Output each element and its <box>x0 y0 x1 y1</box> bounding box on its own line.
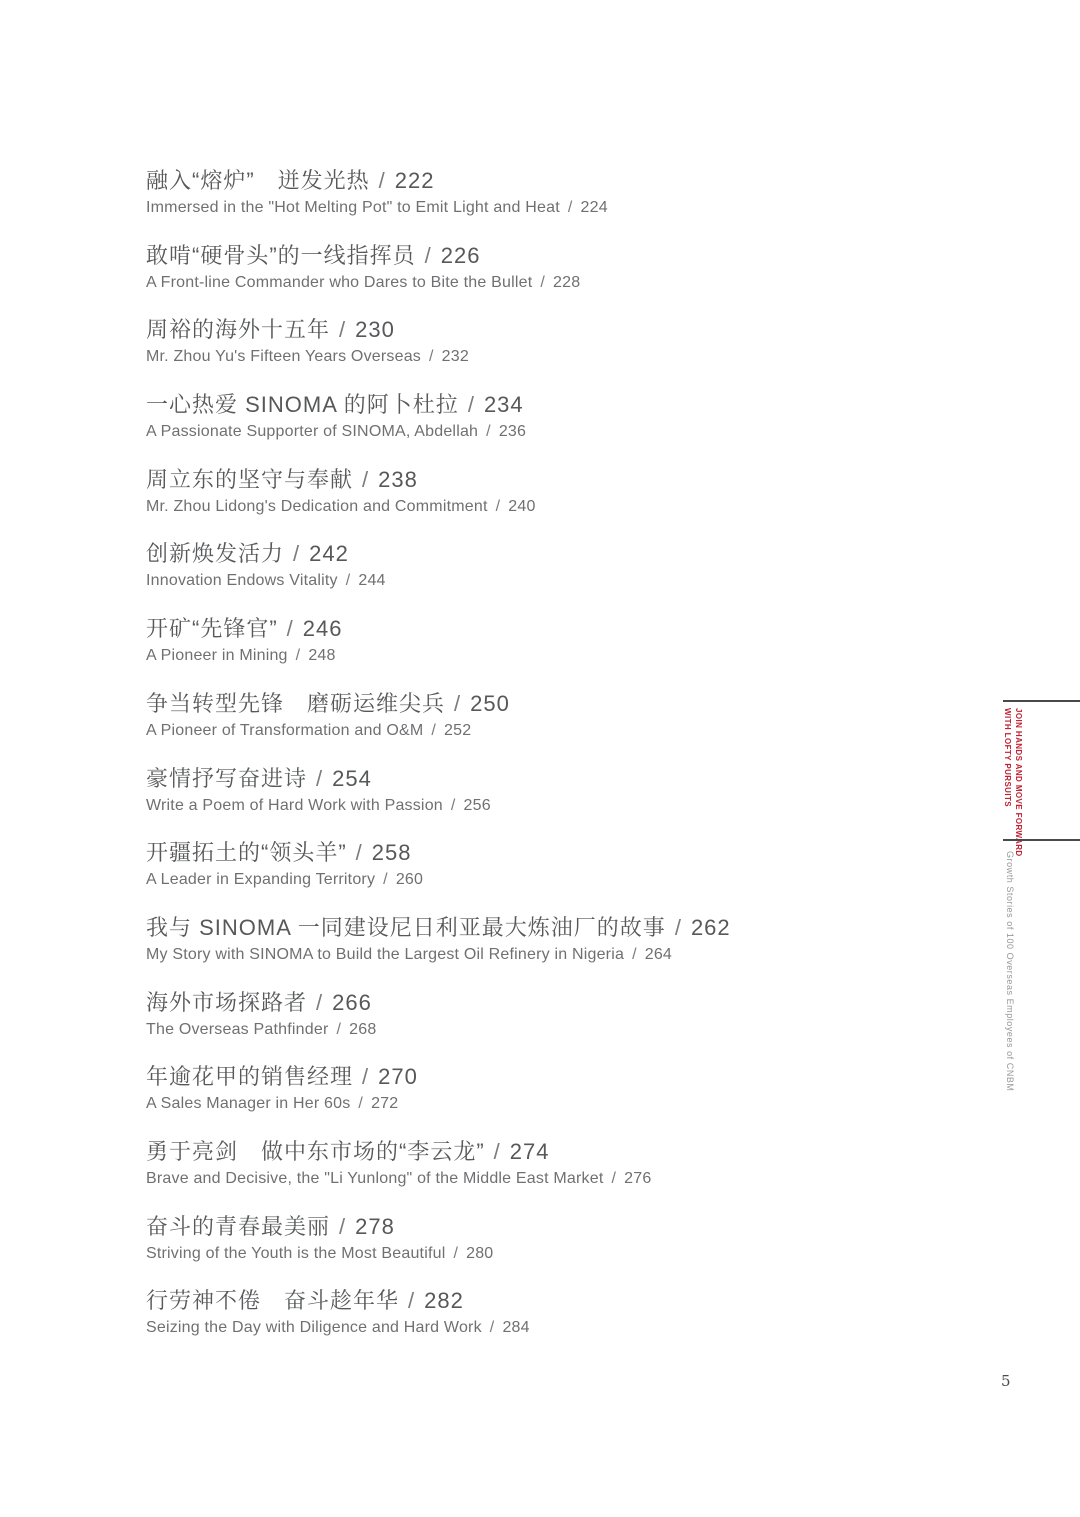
toc-entry-en-page: 252 <box>444 722 471 739</box>
table-of-contents: 融入“熔炉” 迸发光热/222 Immersed in the "Hot Mel… <box>146 166 866 1361</box>
toc-entry-zh-page: 266 <box>332 990 372 1015</box>
toc-entry-zh-title: 融入“熔炉” 迸发光热 <box>146 168 370 193</box>
sidebar-divider-top <box>1003 700 1080 702</box>
toc-separator: / <box>336 1021 341 1038</box>
toc-entry-zh-line: 融入“熔炉” 迸发光热/222 <box>146 166 866 196</box>
toc-entry-en-page: 228 <box>553 274 580 291</box>
toc-entry-en-title: Immersed in the "Hot Melting Pot" to Emi… <box>146 199 560 216</box>
toc-entry-zh-title: 行劳神不倦 奋斗趁年华 <box>146 1288 399 1313</box>
toc-separator: / <box>632 946 637 963</box>
toc-entry-zh-line: 我与 SINOMA 一同建设尼日利亚最大炼油厂的故事/262 <box>146 913 866 943</box>
toc-entry-en-title: Seizing the Day with Diligence and Hard … <box>146 1319 482 1336</box>
toc-entry-en-title: Mr. Zhou Yu's Fifteen Years Overseas <box>146 348 421 365</box>
toc-entry-en-line: My Story with SINOMA to Build the Larges… <box>146 943 866 967</box>
toc-separator: / <box>346 572 351 589</box>
toc-separator: / <box>612 1170 617 1187</box>
toc-separator: / <box>429 348 434 365</box>
toc-entry-en-title: My Story with SINOMA to Build the Larges… <box>146 946 624 963</box>
toc-entry-en-page: 244 <box>358 572 385 589</box>
toc-entry: 开矿“先锋官”/246 A Pioneer in Mining/248 <box>146 614 866 668</box>
toc-entry-zh-page: 222 <box>395 168 435 193</box>
toc-entry-en-page: 240 <box>508 498 535 515</box>
toc-entry-en-line: The Overseas Pathfinder/268 <box>146 1018 866 1042</box>
toc-entry-zh-line: 开矿“先锋官”/246 <box>146 614 866 644</box>
toc-entry-zh-title: 勇于亮剑 做中东市场的“李云龙” <box>146 1139 485 1164</box>
toc-separator: / <box>362 467 369 492</box>
toc-entry-zh-page: 270 <box>378 1064 418 1089</box>
toc-separator: / <box>287 616 294 641</box>
toc-entry-zh-page: 254 <box>332 766 372 791</box>
toc-entry-zh-page: 226 <box>441 243 481 268</box>
vertical-slogan-line2: WITH LOFTY PURSUITS <box>1002 708 1013 834</box>
toc-entry-en-page: 224 <box>581 199 608 216</box>
toc-entry-zh-page: 250 <box>470 691 510 716</box>
toc-entry-zh-title: 创新焕发活力 <box>146 541 284 566</box>
toc-entry-en-page: 260 <box>396 871 423 888</box>
toc-entry-zh-line: 勇于亮剑 做中东市场的“李云龙”/274 <box>146 1137 866 1167</box>
toc-entry-en-line: Innovation Endows Vitality/244 <box>146 569 866 593</box>
toc-entry-en-title: A Passionate Supporter of SINOMA, Abdell… <box>146 423 478 440</box>
toc-entry: 开疆拓土的“领头羊”/258 A Leader in Expanding Ter… <box>146 838 866 892</box>
toc-separator: / <box>468 392 475 417</box>
toc-separator: / <box>316 766 323 791</box>
toc-entry-en-page: 268 <box>349 1021 376 1038</box>
toc-separator: / <box>293 541 300 566</box>
toc-entry-zh-line: 奋斗的青春最美丽/278 <box>146 1212 866 1242</box>
toc-entry-zh-title: 豪情抒写奋进诗 <box>146 766 307 791</box>
toc-entry-en-title: Mr. Zhou Lidong's Dedication and Commitm… <box>146 498 488 515</box>
toc-separator: / <box>675 915 682 940</box>
toc-entry: 周立东的坚守与奉献/238 Mr. Zhou Lidong's Dedicati… <box>146 465 866 519</box>
toc-entry-en-line: Write a Poem of Hard Work with Passion/2… <box>146 794 866 818</box>
toc-entry-en-title: Write a Poem of Hard Work with Passion <box>146 797 443 814</box>
toc-entry-zh-title: 一心热爱 SINOMA 的阿卜杜拉 <box>146 392 459 417</box>
toc-entry-zh-line: 周立东的坚守与奉献/238 <box>146 465 866 495</box>
toc-entry-zh-line: 豪情抒写奋进诗/254 <box>146 764 866 794</box>
toc-separator: / <box>296 647 301 664</box>
toc-entry-en-title: Innovation Endows Vitality <box>146 572 338 589</box>
toc-entry-zh-title: 周立东的坚守与奉献 <box>146 467 353 492</box>
toc-entry-zh-title: 开疆拓土的“领头羊” <box>146 840 347 865</box>
toc-entry-en-line: A Sales Manager in Her 60s/272 <box>146 1092 866 1116</box>
toc-entry-en-page: 248 <box>308 647 335 664</box>
toc-entry-en-title: Brave and Decisive, the "Li Yunlong" of … <box>146 1170 604 1187</box>
toc-separator: / <box>379 168 386 193</box>
toc-entry-en-line: Brave and Decisive, the "Li Yunlong" of … <box>146 1167 866 1191</box>
toc-entry-en-page: 276 <box>624 1170 651 1187</box>
toc-separator: / <box>339 1214 346 1239</box>
toc-entry: 行劳神不倦 奋斗趁年华/282 Seizing the Day with Dil… <box>146 1286 866 1340</box>
toc-separator: / <box>316 990 323 1015</box>
toc-entry-zh-title: 敢啃“硬骨头”的一线指挥员 <box>146 243 416 268</box>
toc-entry-en-line: Mr. Zhou Lidong's Dedication and Commitm… <box>146 495 866 519</box>
toc-entry-en-title: A Pioneer of Transformation and O&M <box>146 722 423 739</box>
toc-entry-en-line: A Pioneer of Transformation and O&M/252 <box>146 719 866 743</box>
toc-entry-zh-line: 创新焕发活力/242 <box>146 539 866 569</box>
toc-separator: / <box>358 1095 363 1112</box>
toc-separator: / <box>568 199 573 216</box>
toc-entry: 年逾花甲的销售经理/270 A Sales Manager in Her 60s… <box>146 1062 866 1116</box>
toc-separator: / <box>451 797 456 814</box>
toc-entry-zh-title: 周裕的海外十五年 <box>146 317 330 342</box>
toc-entry-en-title: A Front-line Commander who Dares to Bite… <box>146 274 532 291</box>
toc-entry-zh-page: 282 <box>424 1288 464 1313</box>
toc-entry-zh-page: 278 <box>355 1214 395 1239</box>
vertical-slogan-line1: JOIN HANDS AND MOVE FORWARD <box>1013 708 1024 834</box>
toc-separator: / <box>486 423 491 440</box>
toc-entry: 一心热爱 SINOMA 的阿卜杜拉/234 A Passionate Suppo… <box>146 390 866 444</box>
toc-entry-en-line: Seizing the Day with Diligence and Hard … <box>146 1316 866 1340</box>
toc-entry-en-page: 280 <box>466 1245 493 1262</box>
toc-entry: 勇于亮剑 做中东市场的“李云龙”/274 Brave and Decisive,… <box>146 1137 866 1191</box>
toc-separator: / <box>490 1319 495 1336</box>
toc-entry-en-page: 264 <box>645 946 672 963</box>
toc-entry-zh-page: 230 <box>355 317 395 342</box>
toc-separator: / <box>496 498 501 515</box>
toc-entry-en-title: A Pioneer in Mining <box>146 647 288 664</box>
toc-entry: 奋斗的青春最美丽/278 Striving of the Youth is th… <box>146 1212 866 1266</box>
toc-entry-en-title: A Sales Manager in Her 60s <box>146 1095 350 1112</box>
toc-entry-en-line: Immersed in the "Hot Melting Pot" to Emi… <box>146 196 866 220</box>
toc-entry: 融入“熔炉” 迸发光热/222 Immersed in the "Hot Mel… <box>146 166 866 220</box>
toc-entry-en-page: 236 <box>499 423 526 440</box>
toc-entry-en-title: A Leader in Expanding Territory <box>146 871 375 888</box>
toc-entry-en-title: Striving of the Youth is the Most Beauti… <box>146 1245 445 1262</box>
toc-entry-en-line: A Passionate Supporter of SINOMA, Abdell… <box>146 420 866 444</box>
toc-entry-zh-title: 开矿“先锋官” <box>146 616 278 641</box>
toc-entry-zh-line: 敢啃“硬骨头”的一线指挥员/226 <box>146 241 866 271</box>
toc-entry-en-page: 284 <box>502 1319 529 1336</box>
toc-entry-zh-line: 争当转型先锋 磨砺运维尖兵/250 <box>146 689 866 719</box>
toc-entry-en-title: The Overseas Pathfinder <box>146 1021 328 1038</box>
toc-entry-zh-page: 274 <box>510 1139 550 1164</box>
toc-entry-zh-title: 我与 SINOMA 一同建设尼日利亚最大炼油厂的故事 <box>146 915 666 940</box>
toc-entry-zh-page: 234 <box>484 392 524 417</box>
toc-entry: 周裕的海外十五年/230 Mr. Zhou Yu's Fifteen Years… <box>146 315 866 369</box>
toc-entry-zh-line: 行劳神不倦 奋斗趁年华/282 <box>146 1286 866 1316</box>
toc-entry-zh-line: 海外市场探路者/266 <box>146 988 866 1018</box>
toc-separator: / <box>408 1288 415 1313</box>
toc-entry-en-line: A Leader in Expanding Territory/260 <box>146 868 866 892</box>
toc-entry-zh-title: 年逾花甲的销售经理 <box>146 1064 353 1089</box>
toc-separator: / <box>425 243 432 268</box>
toc-separator: / <box>356 840 363 865</box>
sidebar-divider-bottom <box>1003 839 1080 841</box>
vertical-subtitle-text: Growth Stories of 100 Overseas Employees… <box>1004 851 1016 1066</box>
toc-entry-en-line: Striving of the Youth is the Most Beauti… <box>146 1242 866 1266</box>
toc-entry: 创新焕发活力/242 Innovation Endows Vitality/24… <box>146 539 866 593</box>
toc-entry-zh-line: 一心热爱 SINOMA 的阿卜杜拉/234 <box>146 390 866 420</box>
toc-entry: 我与 SINOMA 一同建设尼日利亚最大炼油厂的故事/262 My Story … <box>146 913 866 967</box>
toc-entry: 海外市场探路者/266 The Overseas Pathfinder/268 <box>146 988 866 1042</box>
toc-entry-zh-title: 海外市场探路者 <box>146 990 307 1015</box>
toc-entry: 争当转型先锋 磨砺运维尖兵/250 A Pioneer of Transform… <box>146 689 866 743</box>
toc-entry-en-line: A Pioneer in Mining/248 <box>146 644 866 668</box>
toc-separator: / <box>431 722 436 739</box>
toc-entry-en-page: 232 <box>442 348 469 365</box>
toc-entry-zh-title: 奋斗的青春最美丽 <box>146 1214 330 1239</box>
toc-separator: / <box>494 1139 501 1164</box>
toc-separator: / <box>339 317 346 342</box>
toc-separator: / <box>383 871 388 888</box>
toc-entry: 敢啃“硬骨头”的一线指挥员/226 A Front-line Commander… <box>146 241 866 295</box>
toc-separator: / <box>454 691 461 716</box>
toc-entry-en-page: 272 <box>371 1095 398 1112</box>
toc-entry-zh-page: 242 <box>309 541 349 566</box>
toc-entry-zh-line: 年逾花甲的销售经理/270 <box>146 1062 866 1092</box>
toc-separator: / <box>540 274 545 291</box>
toc-separator: / <box>453 1245 458 1262</box>
toc-entry-zh-page: 246 <box>303 616 343 641</box>
vertical-slogan-text: JOIN HANDS AND MOVE FORWARD WITH LOFTY P… <box>1002 708 1024 834</box>
toc-entry-zh-title: 争当转型先锋 磨砺运维尖兵 <box>146 691 445 716</box>
toc-entry-zh-page: 238 <box>378 467 418 492</box>
toc-entry-en-line: A Front-line Commander who Dares to Bite… <box>146 271 866 295</box>
toc-entry-en-page: 256 <box>464 797 491 814</box>
toc-separator: / <box>362 1064 369 1089</box>
toc-entry-en-line: Mr. Zhou Yu's Fifteen Years Overseas/232 <box>146 345 866 369</box>
toc-entry-zh-page: 262 <box>691 915 731 940</box>
page-number: 5 <box>1001 1372 1011 1390</box>
toc-entry-zh-line: 周裕的海外十五年/230 <box>146 315 866 345</box>
toc-entry-zh-page: 258 <box>372 840 412 865</box>
toc-entry: 豪情抒写奋进诗/254 Write a Poem of Hard Work wi… <box>146 764 866 818</box>
toc-entry-zh-line: 开疆拓土的“领头羊”/258 <box>146 838 866 868</box>
